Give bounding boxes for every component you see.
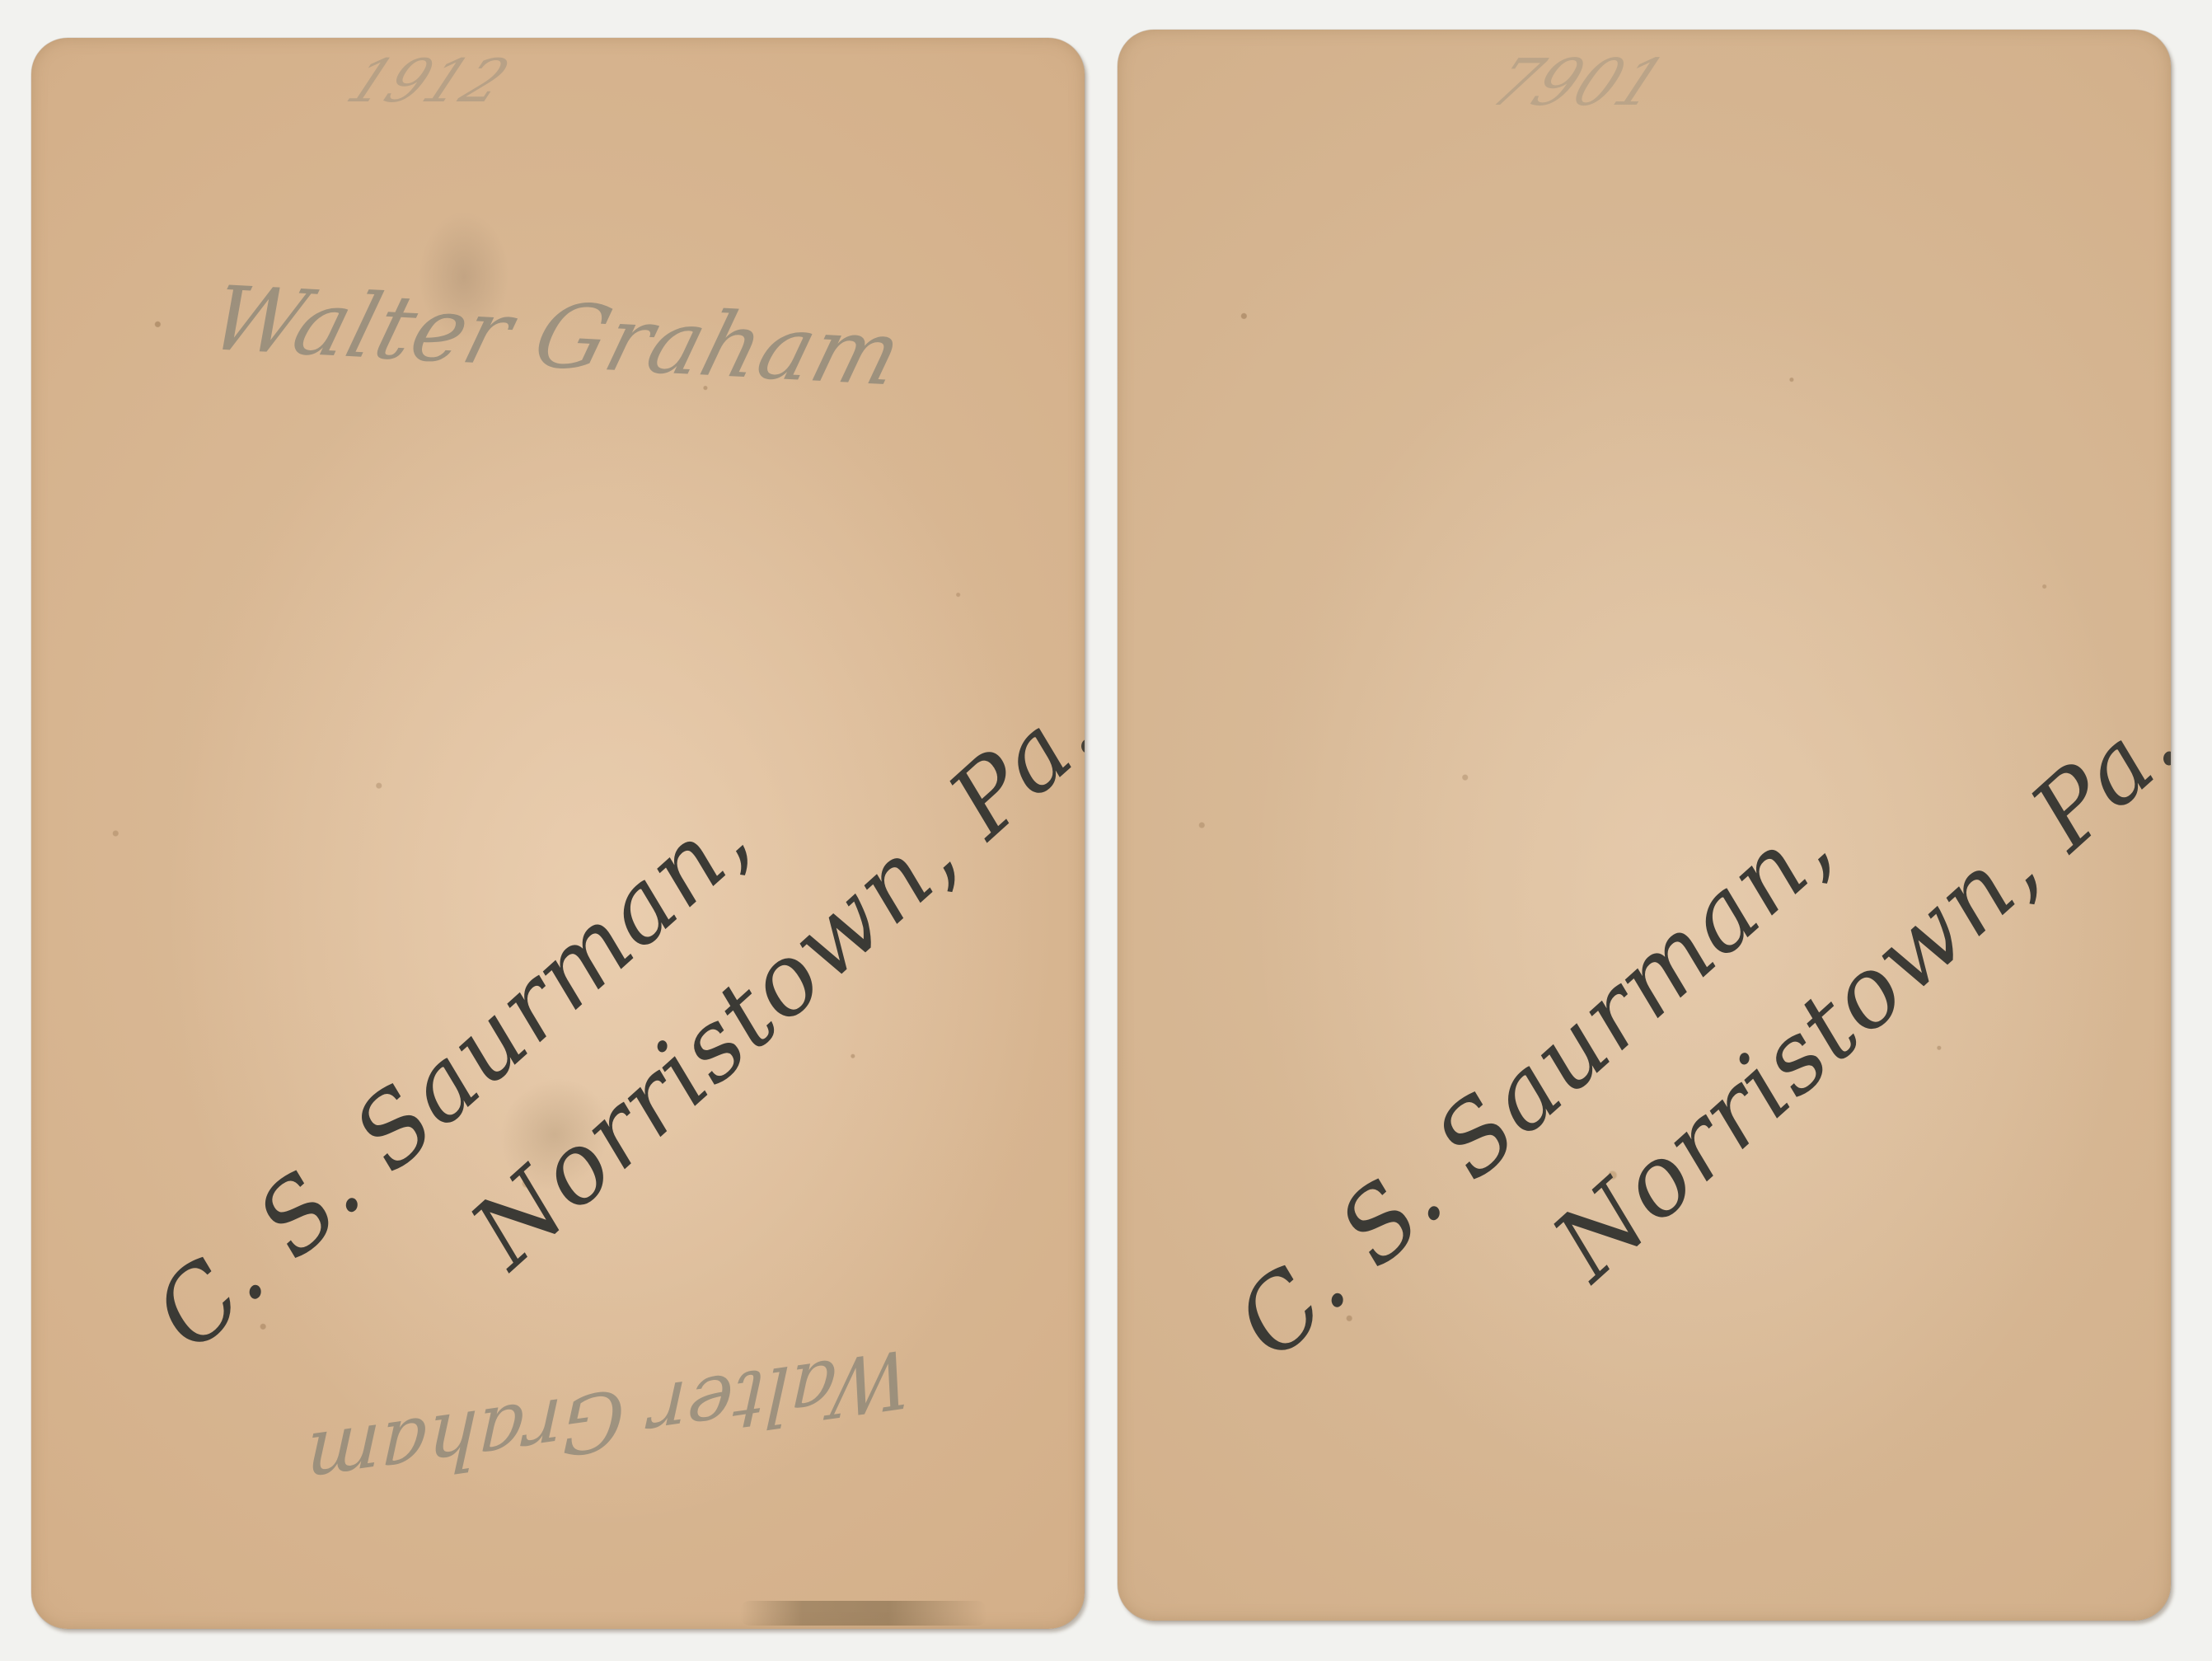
cabinet-card-back-right: 7901 C. S. Saurman, Norristown, Pa. <box>1118 30 2171 1621</box>
edge-scuff <box>740 1601 987 1626</box>
scan-background: 1912 Walter Graham Walter Graham C. S. S… <box>0 0 2212 1661</box>
pencil-inscription-name: Walter Graham <box>199 268 912 406</box>
pencil-catalog-number: 1912 <box>336 46 519 115</box>
pencil-catalog-number: 7901 <box>1479 46 1677 120</box>
cabinet-card-back-left: 1912 Walter Graham Walter Graham C. S. S… <box>31 38 1085 1629</box>
pencil-inscription-name-inverted: Walter Graham <box>305 1330 912 1509</box>
